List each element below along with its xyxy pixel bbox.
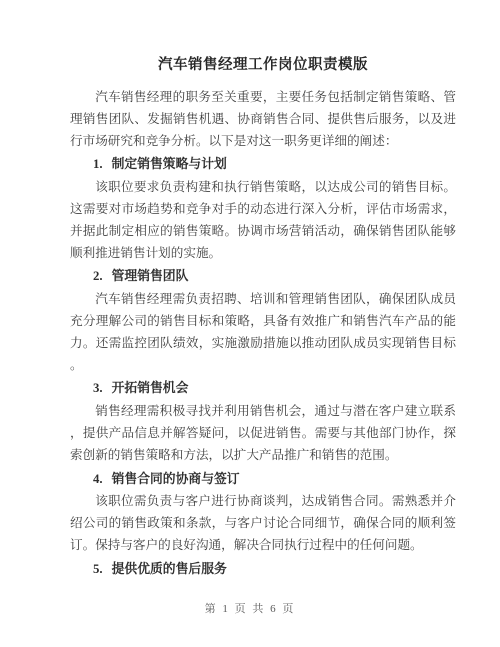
page-footer: 第 1 页 共 6 页 <box>0 600 500 618</box>
section-2: 2.管理销售团队 汽车销售经理需负责招聘、培训和管理销售团队，确保团队成员充分理… <box>70 266 456 376</box>
section-4-body: 该职位需负责与客户进行协商谈判，达成销售合同。需熟悉并介绍公司的销售政策和条款，… <box>70 491 456 556</box>
section-5-heading: 5.提供优质的售后服务 <box>93 559 456 581</box>
section-2-heading: 2.管理销售团队 <box>93 266 456 288</box>
intro-paragraph: 汽车销售经理的职务至关重要，主要任务包括制定销售策略、管理销售团队、发掘销售机遇… <box>70 87 456 152</box>
section-3-body: 销售经理需积极寻找并利用销售机会，通过与潜在客户建立联系，提供产品信息并解答疑问… <box>70 401 456 466</box>
section-5-number: 5. <box>93 559 103 581</box>
section-5-title: 提供优质的售后服务 <box>112 562 227 576</box>
section-3-heading: 3.开拓销售机会 <box>93 378 456 400</box>
section-4-number: 4. <box>93 469 103 491</box>
document-page: 汽车销售经理工作岗位职责模版 汽车销售经理的职务至关重要，主要任务包括制定销售策… <box>0 0 500 647</box>
section-2-body: 汽车销售经理需负责招聘、培训和管理销售团队，确保团队成员充分理解公司的销售目标和… <box>70 289 456 376</box>
document-title: 汽车销售经理工作岗位职责模版 <box>70 53 456 77</box>
section-4-title: 销售合同的协商与签订 <box>112 472 240 486</box>
section-1-title: 制定销售策略与计划 <box>112 157 227 171</box>
section-2-number: 2. <box>93 266 103 288</box>
section-1: 1.制定销售策略与计划 该职位要求负责构建和执行销售策略，以达成公司的销售目标。… <box>70 154 456 264</box>
page-indicator: 第 1 页 共 6 页 <box>205 603 296 615</box>
section-1-heading: 1.制定销售策略与计划 <box>93 154 456 176</box>
section-1-body: 该职位要求负责构建和执行销售策略，以达成公司的销售目标。这需要对市场趋势和竞争对… <box>70 177 456 264</box>
section-4-heading: 4.销售合同的协商与签订 <box>93 469 456 491</box>
section-3-number: 3. <box>93 378 103 400</box>
section-3-title: 开拓销售机会 <box>112 381 189 395</box>
section-3: 3.开拓销售机会 销售经理需积极寻找并利用销售机会，通过与潜在客户建立联系，提供… <box>70 378 456 466</box>
section-5: 5.提供优质的售后服务 <box>70 559 456 581</box>
section-1-number: 1. <box>93 154 103 176</box>
section-2-title: 管理销售团队 <box>112 269 189 283</box>
section-4: 4.销售合同的协商与签订 该职位需负责与客户进行协商谈判，达成销售合同。需熟悉并… <box>70 469 456 557</box>
document-content: 汽车销售经理工作岗位职责模版 汽车销售经理的职务至关重要，主要任务包括制定销售策… <box>70 53 456 582</box>
